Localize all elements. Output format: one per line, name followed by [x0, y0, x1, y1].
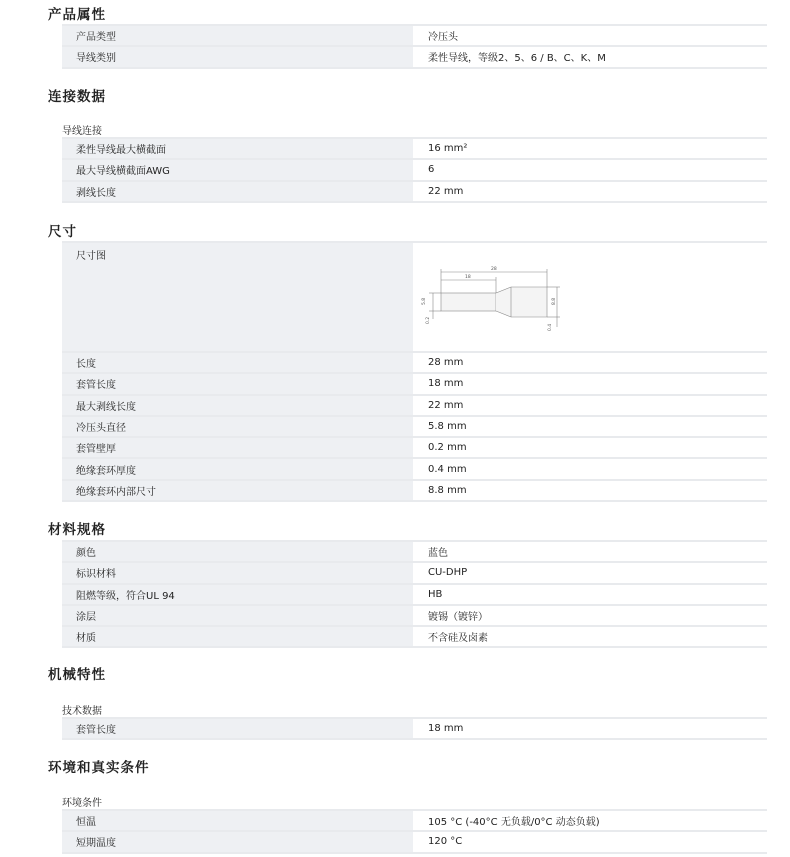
dim-wall-label: 0.2 — [425, 317, 431, 324]
row-value: 22 mm — [413, 182, 767, 201]
row-label: 最大剥线长度 — [62, 396, 413, 415]
row-value: 蓝色 — [413, 542, 767, 561]
row-value: CU-DHP — [413, 563, 767, 582]
row-value: 22 mm — [413, 396, 767, 415]
row-label: 套管壁厚 — [62, 438, 413, 457]
subsection-ambient-conditions: 环境条件 — [62, 794, 102, 809]
table-row: 柔性导线最大横截面 16 mm² — [62, 139, 767, 160]
row-label: 标识材料 — [62, 563, 413, 582]
row-value: 6 — [413, 160, 767, 179]
section-title-dimensions: 尺寸 — [48, 220, 77, 240]
dim-inner-left-label: 5.8 — [421, 298, 427, 305]
table-row: 绝缘套环厚度 0.4 mm — [62, 459, 767, 480]
row-label: 长度 — [62, 353, 413, 372]
section-title-material-specs: 材料规格 — [48, 518, 106, 538]
row-value: HB — [413, 585, 767, 604]
row-label: 柔性导线最大横截面 — [62, 139, 413, 158]
row-label: 套管长度 — [62, 719, 413, 738]
table-row-diagram: 尺寸图 — [62, 243, 767, 353]
subsection-wire-connection: 导线连接 — [62, 122, 102, 137]
row-value: 18 mm — [413, 374, 767, 393]
row-label: 产品类型 — [62, 26, 413, 45]
table-row: 最大导线横截面AWG 6 — [62, 160, 767, 181]
table-row: 套管壁厚 0.2 mm — [62, 438, 767, 459]
table-row: 阻燃等级，符合UL 94 HB — [62, 585, 767, 606]
row-value: 16 mm² — [413, 139, 767, 158]
section-title-connection-data: 连接数据 — [48, 85, 106, 105]
environmental-conditions-table: 恒温 105 °C (-40°C 无负载/0°C 动态负载) 短期温度 120 … — [62, 809, 767, 854]
row-label: 导线类别 — [62, 47, 413, 66]
row-label: 剥线长度 — [62, 182, 413, 201]
table-row: 标识材料 CU-DHP — [62, 563, 767, 584]
table-row: 绝缘套环内部尺寸 8.8 mm — [62, 481, 767, 502]
row-value: 柔性导线，等级2、5、6 / B、C、K、M — [413, 47, 767, 66]
table-row: 套管长度 18 mm — [62, 374, 767, 395]
row-value: 105 °C (-40°C 无负载/0°C 动态负载) — [413, 811, 767, 830]
row-value: 0.4 mm — [413, 459, 767, 478]
row-label: 恒温 — [62, 811, 413, 830]
table-row: 颜色 蓝色 — [62, 542, 767, 563]
dim-sleeve-label: 18 — [465, 274, 471, 280]
table-row: 剥线长度 22 mm — [62, 182, 767, 203]
section-title-product-properties: 产品属性 — [48, 3, 106, 23]
row-label: 材质 — [62, 627, 413, 646]
row-label: 套管长度 — [62, 374, 413, 393]
material-specs-table: 颜色 蓝色 标识材料 CU-DHP 阻燃等级，符合UL 94 HB 涂层 镀锡（… — [62, 540, 767, 648]
row-value: 8.8 mm — [413, 481, 767, 500]
row-label: 冷压头直径 — [62, 417, 413, 436]
row-value: 28 mm — [413, 353, 767, 372]
table-row: 材质 不含硅及卤素 — [62, 627, 767, 648]
row-label: 颜色 — [62, 542, 413, 561]
subsection-technical-data: 技术数据 — [62, 702, 102, 717]
product-properties-table: 产品类型 冷压头 导线类别 柔性导线，等级2、5、6 / B、C、K、M — [62, 24, 767, 69]
row-value: 120 °C — [413, 832, 767, 851]
ferrule-dimension-diagram: 28 18 5.8 0.2 8.8 0.4 — [415, 259, 565, 339]
row-value: 18 mm — [413, 719, 767, 738]
table-row: 恒温 105 °C (-40°C 无负载/0°C 动态负载) — [62, 811, 767, 832]
section-title-environmental-conditions: 环境和真实条件 — [48, 756, 150, 776]
mechanical-properties-table: 套管长度 18 mm — [62, 717, 767, 740]
row-value: 5.8 mm — [413, 417, 767, 436]
table-row: 长度 28 mm — [62, 353, 767, 374]
row-value: 0.2 mm — [413, 438, 767, 457]
table-row: 涂层 镀锡（镀锌） — [62, 606, 767, 627]
row-label: 最大导线横截面AWG — [62, 160, 413, 179]
dimensions-table: 尺寸图 — [62, 241, 767, 502]
row-label: 阻燃等级，符合UL 94 — [62, 585, 413, 604]
dim-inner-right-label: 8.8 — [551, 298, 557, 305]
table-row: 最大剥线长度 22 mm — [62, 396, 767, 417]
table-row: 导线类别 柔性导线，等级2、5、6 / B、C、K、M — [62, 47, 767, 68]
dim-collar-label: 0.4 — [547, 324, 553, 331]
row-value: 不含硅及卤素 — [413, 627, 767, 646]
row-value: 冷压头 — [413, 26, 767, 45]
table-row: 产品类型 冷压头 — [62, 26, 767, 47]
row-label: 短期温度 — [62, 832, 413, 851]
table-row: 短期温度 120 °C — [62, 832, 767, 853]
section-title-mechanical-properties: 机械特性 — [48, 663, 106, 683]
row-label: 涂层 — [62, 606, 413, 625]
table-row: 冷压头直径 5.8 mm — [62, 417, 767, 438]
dimension-diagram-cell: 28 18 5.8 0.2 8.8 0.4 — [413, 243, 767, 351]
connection-data-table: 柔性导线最大横截面 16 mm² 最大导线横截面AWG 6 剥线长度 22 mm — [62, 137, 767, 203]
row-value: 镀锡（镀锌） — [413, 606, 767, 625]
row-label: 绝缘套环内部尺寸 — [62, 481, 413, 500]
row-label: 绝缘套环厚度 — [62, 459, 413, 478]
table-row: 套管长度 18 mm — [62, 719, 767, 740]
dim-total-label: 28 — [491, 266, 497, 272]
row-label: 尺寸图 — [62, 243, 413, 351]
